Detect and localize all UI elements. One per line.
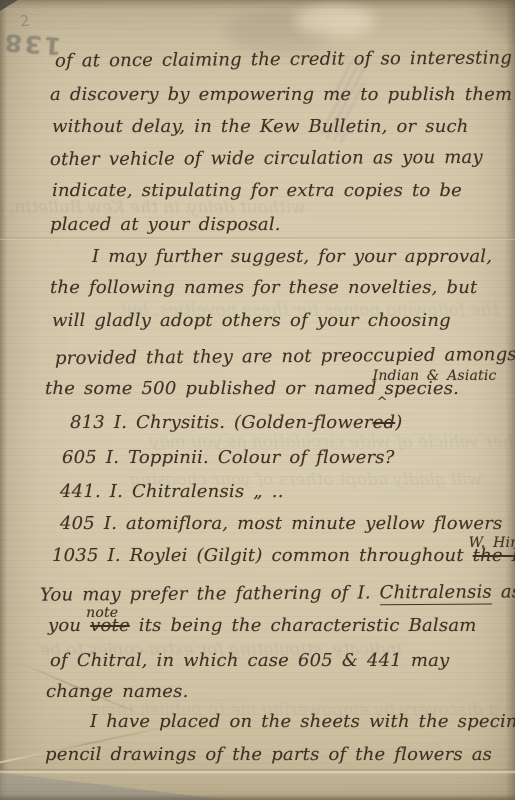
underlined-text: Chitralensis [380, 582, 492, 606]
insertion: Indian & Asiatic^ [377, 378, 385, 399]
specimen-list-item: 813 I. Chrysitis. (Golden-flowered) [70, 412, 402, 433]
specimen-list-item: 441. I. Chitralensis „ ‥ [60, 481, 284, 502]
line-text: ) [395, 412, 402, 433]
handwritten-line-with-underline: You may prefer the fathering of I. Chitr… [40, 581, 515, 605]
handwritten-line: change names. [46, 681, 189, 702]
caret-mark: ^ [377, 395, 388, 410]
specimen-list-item: 405 I. atomiflora, most minute yellow fl… [60, 513, 502, 534]
handwritten-line: I have placed on the sheets with the spe… [90, 711, 515, 732]
inserted-text: W. Himalaya [469, 535, 515, 551]
handwritten-line-with-correction: you notevote its being the characteristi… [48, 615, 477, 636]
paper-edge-shading [0, 794, 515, 800]
handwritten-line-with-insertion: the some 500 published or namedIndian & … [45, 378, 459, 399]
inserted-text: Indian & Asiatic [373, 368, 497, 384]
handwritten-line: indicate, stipulating for extra copies t… [52, 180, 462, 201]
letter-page: 2 138 without delay, in the Kew Bulletin… [0, 0, 515, 800]
line-text: the some 500 published or named [45, 378, 377, 399]
handwritten-line: other vehicle of wide circulation as you… [50, 147, 483, 170]
pencil-page-number: 2 [19, 11, 31, 30]
handwritten-line: will gladly adopt others of your choosin… [52, 310, 451, 331]
insertion: notevote [90, 615, 130, 636]
handwritten-line: of Chitral, in which case 605 & 441 may [50, 650, 449, 671]
corner-shadow [459, 0, 515, 46]
handwritten-line: of at once claiming the credit of so int… [55, 47, 512, 71]
paper-scuff [295, 6, 375, 36]
handwritten-line: I may further suggest, for your approval… [92, 246, 492, 267]
handwritten-line: provided that they are not preoccupied a… [55, 344, 515, 369]
paper-edge-shading [0, 0, 7, 800]
handwritten-line: a discovery by empowering me to publish … [50, 84, 512, 105]
insertion: W. Himalayathe Him [473, 545, 515, 566]
fold-crease [0, 237, 515, 240]
inserted-text: note [86, 605, 118, 621]
fold-crease [0, 769, 515, 774]
struck-text: ed [373, 412, 396, 433]
line-text: you [48, 615, 90, 636]
specimen-list-item-with-insertion: 1035 I. Roylei (Gilgit) common throughou… [52, 545, 515, 566]
handwritten-line: without delay, in the Kew Bulletin, or s… [52, 116, 469, 137]
paper-edge-shading [505, 0, 515, 800]
fold-crease [0, 541, 515, 543]
paper-edge-shading [0, 0, 515, 9]
line-text: You may prefer the fathering of I. [40, 582, 380, 605]
line-text: 813 I. Chrysitis. (Golden-flower [70, 412, 373, 433]
handwritten-line: the following names for these novelties,… [50, 277, 477, 298]
line-text: as [492, 581, 515, 602]
specimen-list-item: 605 I. Toppinii. Colour of flowers? [62, 447, 395, 468]
folio-stamp-number: 138 [2, 28, 63, 60]
line-text: 1035 I. Roylei (Gilgit) common throughou… [52, 545, 473, 566]
corner-shadow [0, 0, 18, 11]
handwritten-line: placed at your disposal. [50, 214, 281, 235]
handwritten-line: pencil drawings of the parts of the flow… [45, 744, 492, 765]
line-text: its being the characteristic Balsam [130, 615, 477, 636]
